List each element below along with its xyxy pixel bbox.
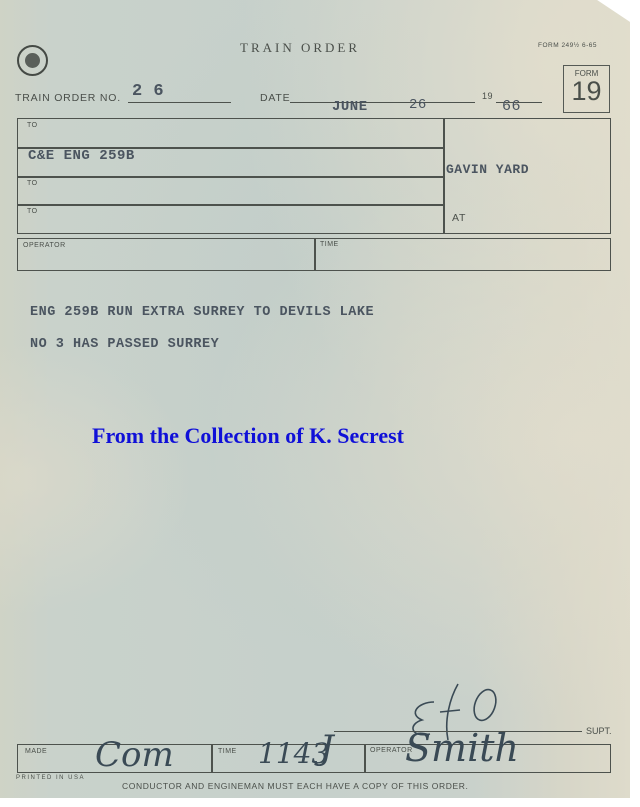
made-value[interactable]: Com [95,735,174,775]
year-prefix: 19 [482,91,493,101]
supt-label: SUPT. [586,726,612,736]
form-title: TRAIN ORDER [240,40,360,56]
date-underline [290,102,475,103]
addressee-engine[interactable]: C&E ENG 259B [28,148,135,164]
copy-notice: CONDUCTOR AND ENGINEMAN MUST EACH HAVE A… [122,781,468,791]
form-code: FORM 249½ 6-65 [538,42,597,49]
row-divider-3 [18,204,443,206]
date-label: DATE [260,92,290,104]
date-day[interactable]: 26 [409,97,427,113]
to-label-4: TO [27,208,38,215]
year-suffix[interactable]: 66 [502,98,521,115]
time-label: TIME [320,241,339,248]
footer-time-initial[interactable]: J [320,728,334,768]
form-number-box: FORM 19 [563,65,610,113]
order-line-2: NO 3 HAS PASSED SURREY [30,337,219,352]
form-box-number: 19 [564,78,609,104]
row-divider-2 [18,176,443,178]
location-value[interactable]: GAVIN YARD [446,162,529,177]
to-label-3: TO [27,180,38,187]
train-order-no-underline [128,102,231,103]
footer-operator-value[interactable]: Smith [405,726,519,770]
operator-time-divider [314,239,316,270]
time-operator-divider [364,745,366,772]
at-label: AT [452,212,466,224]
train-order-no-value[interactable]: 2 6 [132,82,164,101]
collection-watermark: From the Collection of K. Secrest [92,423,404,449]
made-time-divider [211,745,213,772]
made-label: MADE [25,748,47,755]
footer-time-label: TIME [218,748,237,755]
footer-time-value[interactable]: 1143 [258,737,329,770]
order-line-1: ENG 259B RUN EXTRA SURREY TO DEVILS LAKE [30,305,374,320]
printed-in-usa: PRINTED IN USA [16,775,85,781]
railway-logo-icon [17,45,48,76]
addressee-divider [443,119,445,233]
to-label-1: TO [27,122,38,129]
date-month[interactable]: JUNE [332,99,368,115]
train-order-no-label: TRAIN ORDER NO. [15,92,121,104]
operator-label: OPERATOR [23,242,66,249]
